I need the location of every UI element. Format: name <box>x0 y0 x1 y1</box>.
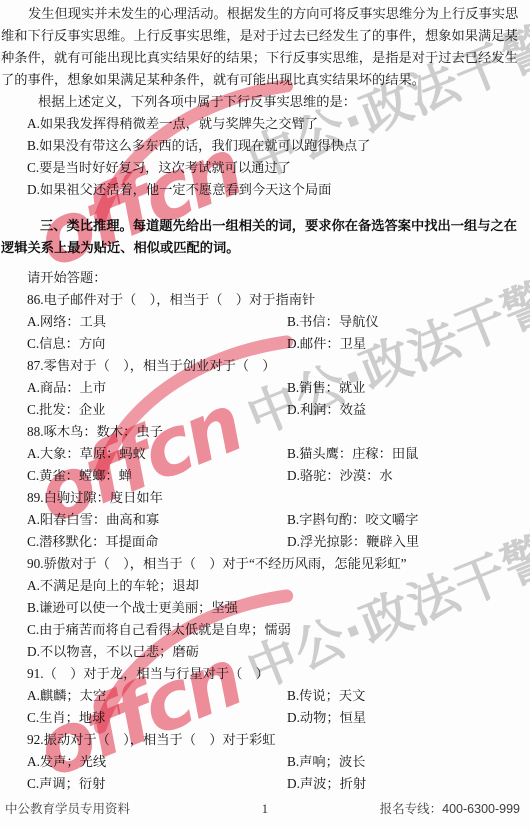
passage-line: 发生但现实并未发生的心理活动。根据发生的方向可将反事实思维分为上行反事实思 <box>28 3 530 25</box>
option: C.声调；衍射 <box>27 773 287 795</box>
option: A.网络：工具 <box>27 311 287 333</box>
option: D.不以物喜，不以己悲；磨砺 <box>27 641 530 663</box>
option: D.动物；恒星 <box>287 707 366 729</box>
option: D.利润：效益 <box>287 399 366 421</box>
question-92: 92.振动对于（ ），相当于（ ）对于彩虹A.发声；光线B.声响；波长C.声调；… <box>0 729 530 795</box>
option: A.阳春白雪：曲高和寡 <box>27 509 287 531</box>
option-row: C.信息：方向D.邮件：卫星 <box>27 333 530 355</box>
question-stem: 91.（ ）对于龙，相当与行星对于（ ） <box>27 663 530 685</box>
question-89: 89.白驹过隙：度日如年A.阳春白雪：曲高和寡B.字斟句酌：咬文嚼字C.潜移默化… <box>0 487 530 553</box>
exam-document-page: offcn 中公·政法干警 offcn 中公·政法干警 offcn 中公·政法干… <box>0 0 530 829</box>
passage-line: 根据上述定义，下列各项中属于下行反事实思维的是： <box>38 91 530 113</box>
option: A.发声；光线 <box>27 751 287 773</box>
question-stem: 90.骄傲对于（ ），相当于（ ）对于“不经历风雨，怎能见彩虹” <box>27 553 530 575</box>
definition-passage: 发生但现实并未发生的心理活动。根据发生的方向可将反事实思维分为上行反事实思维和下… <box>0 3 530 201</box>
option: B.声响；波长 <box>287 751 365 773</box>
option: A.麒麟；太空 <box>27 685 287 707</box>
begin-answer-prompt: 请开始答题： <box>27 267 530 289</box>
question-86: 86.电子邮件对于（ ），相当于（ ）对于指南针A.网络：工具B.书信：导航仪C… <box>0 289 530 355</box>
option: A.商品：上市 <box>27 377 287 399</box>
option: C.生肖；地球 <box>27 707 287 729</box>
option: B.猫头鹰：庄稼：田鼠 <box>287 443 418 465</box>
passage-line: C.要是当时好好复习，这次考试就可以通过了 <box>27 157 530 179</box>
passage-line: A.如果我发挥得稍微差一点，就与奖牌失之交臂了 <box>27 113 530 135</box>
option: B.字斟句酌：咬文嚼字 <box>287 509 418 531</box>
option: D.邮件：卫星 <box>287 333 366 355</box>
option: D.浮光掠影：鞭辟入里 <box>287 531 419 553</box>
option-row: C.潜移默化：耳提面命D.浮光掠影：鞭辟入里 <box>27 531 530 553</box>
option: B.传说；天文 <box>287 685 365 707</box>
passage-line: 种条件，就有可能出现比真实结果好的结果；下行反事实思维，是指是对于过去已经发生 <box>1 47 530 69</box>
question-87: 87.零售对于（ ），相当于创业对于（ ）A.商品：上市B.销售：就业C.批发：… <box>0 355 530 421</box>
option: B.书信：导航仪 <box>287 311 379 333</box>
footer-hotline: 报名专线：400-6300-999 <box>380 801 520 817</box>
question-90: 90.骄傲对于（ ），相当于（ ）对于“不经历风雨，怎能见彩虹”A.不满足是向上… <box>0 553 530 663</box>
option: A.不满足是向上的车轮；退却 <box>27 575 530 597</box>
footer-left-label: 中公教育学员专用资料 <box>5 801 130 817</box>
question-stem: 86.电子邮件对于（ ），相当于（ ）对于指南针 <box>27 289 530 311</box>
option-row: C.生肖；地球D.动物；恒星 <box>27 707 530 729</box>
option-row: A.发声；光线B.声响；波长 <box>27 751 530 773</box>
passage-line: B.如果没有带这么多东西的话，我们现在就可以跑得快点了 <box>27 135 530 157</box>
option: C.由于痛苦而将自己看得太低就是自卑；懦弱 <box>27 619 530 641</box>
option: B.谦逊可以使一个战士更美丽；坚强 <box>27 597 530 619</box>
question-stem: 88.啄木鸟：数木：虫子 <box>27 421 530 443</box>
section-heading-line: 三、类比推理。每道题先给出一组相关的词，要求你在备选答案中找出一组与之在 <box>40 215 530 237</box>
option-row: C.批发：企业D.利润：效益 <box>27 399 530 421</box>
question-91: 91.（ ）对于龙，相当与行星对于（ ）A.麒麟；太空B.传说；天文C.生肖；地… <box>0 663 530 729</box>
option-row: A.大象：草原：蚂蚁B.猫头鹰：庄稼：田鼠 <box>27 443 530 465</box>
option: C.批发：企业 <box>27 399 287 421</box>
option-row: A.商品：上市B.销售：就业 <box>27 377 530 399</box>
question-stem: 89.白驹过隙：度日如年 <box>27 487 530 509</box>
question-list: 86.电子邮件对于（ ），相当于（ ）对于指南针A.网络：工具B.书信：导航仪C… <box>0 289 530 795</box>
question-88: 88.啄木鸟：数木：虫子A.大象：草原：蚂蚁B.猫头鹰：庄稼：田鼠C.黄雀：螳螂… <box>0 421 530 487</box>
option-row: C.黄雀：螳螂：蝉D.骆驼：沙漠：水 <box>27 465 530 487</box>
question-stem: 92.振动对于（ ），相当于（ ）对于彩虹 <box>27 729 530 751</box>
option-row: C.声调；衍射D.声波；折射 <box>27 773 530 795</box>
document-content: 发生但现实并未发生的心理活动。根据发生的方向可将反事实思维分为上行反事实思维和下… <box>0 0 530 795</box>
question-stem: 87.零售对于（ ），相当于创业对于（ ） <box>27 355 530 377</box>
passage-line: 了的事件，想象如果满足某种条件，就有可能出现比真实结果坏的结果。 <box>1 69 530 91</box>
section-heading-line: 逻辑关系上最为贴近、相似或匹配的词。 <box>1 237 530 259</box>
passage-line: D.如果祖父还活着，他一定不愿意看到今天这个局面 <box>27 179 530 201</box>
option-row: A.麒麟；太空B.传说；天文 <box>27 685 530 707</box>
passage-line: 维和下行反事实思维。上行反事实思维，是对于过去已经发生了的事件，想象如果满足某 <box>1 25 530 47</box>
page-number: 1 <box>262 801 268 817</box>
option: C.潜移默化：耳提面命 <box>27 531 287 553</box>
option-row: A.阳春白雪：曲高和寡B.字斟句酌：咬文嚼字 <box>27 509 530 531</box>
page-footer: 中公教育学员专用资料 1 报名专线：400-6300-999 <box>0 801 530 817</box>
option: D.声波；折射 <box>287 773 366 795</box>
option: D.骆驼：沙漠：水 <box>287 465 393 487</box>
option-row: A.网络：工具B.书信：导航仪 <box>27 311 530 333</box>
option: A.大象：草原：蚂蚁 <box>27 443 287 465</box>
section-heading: 三、类比推理。每道题先给出一组相关的词，要求你在备选答案中找出一组与之在逻辑关系… <box>0 215 530 259</box>
option: B.销售：就业 <box>287 377 365 399</box>
option: C.黄雀：螳螂：蝉 <box>27 465 287 487</box>
option: C.信息：方向 <box>27 333 287 355</box>
